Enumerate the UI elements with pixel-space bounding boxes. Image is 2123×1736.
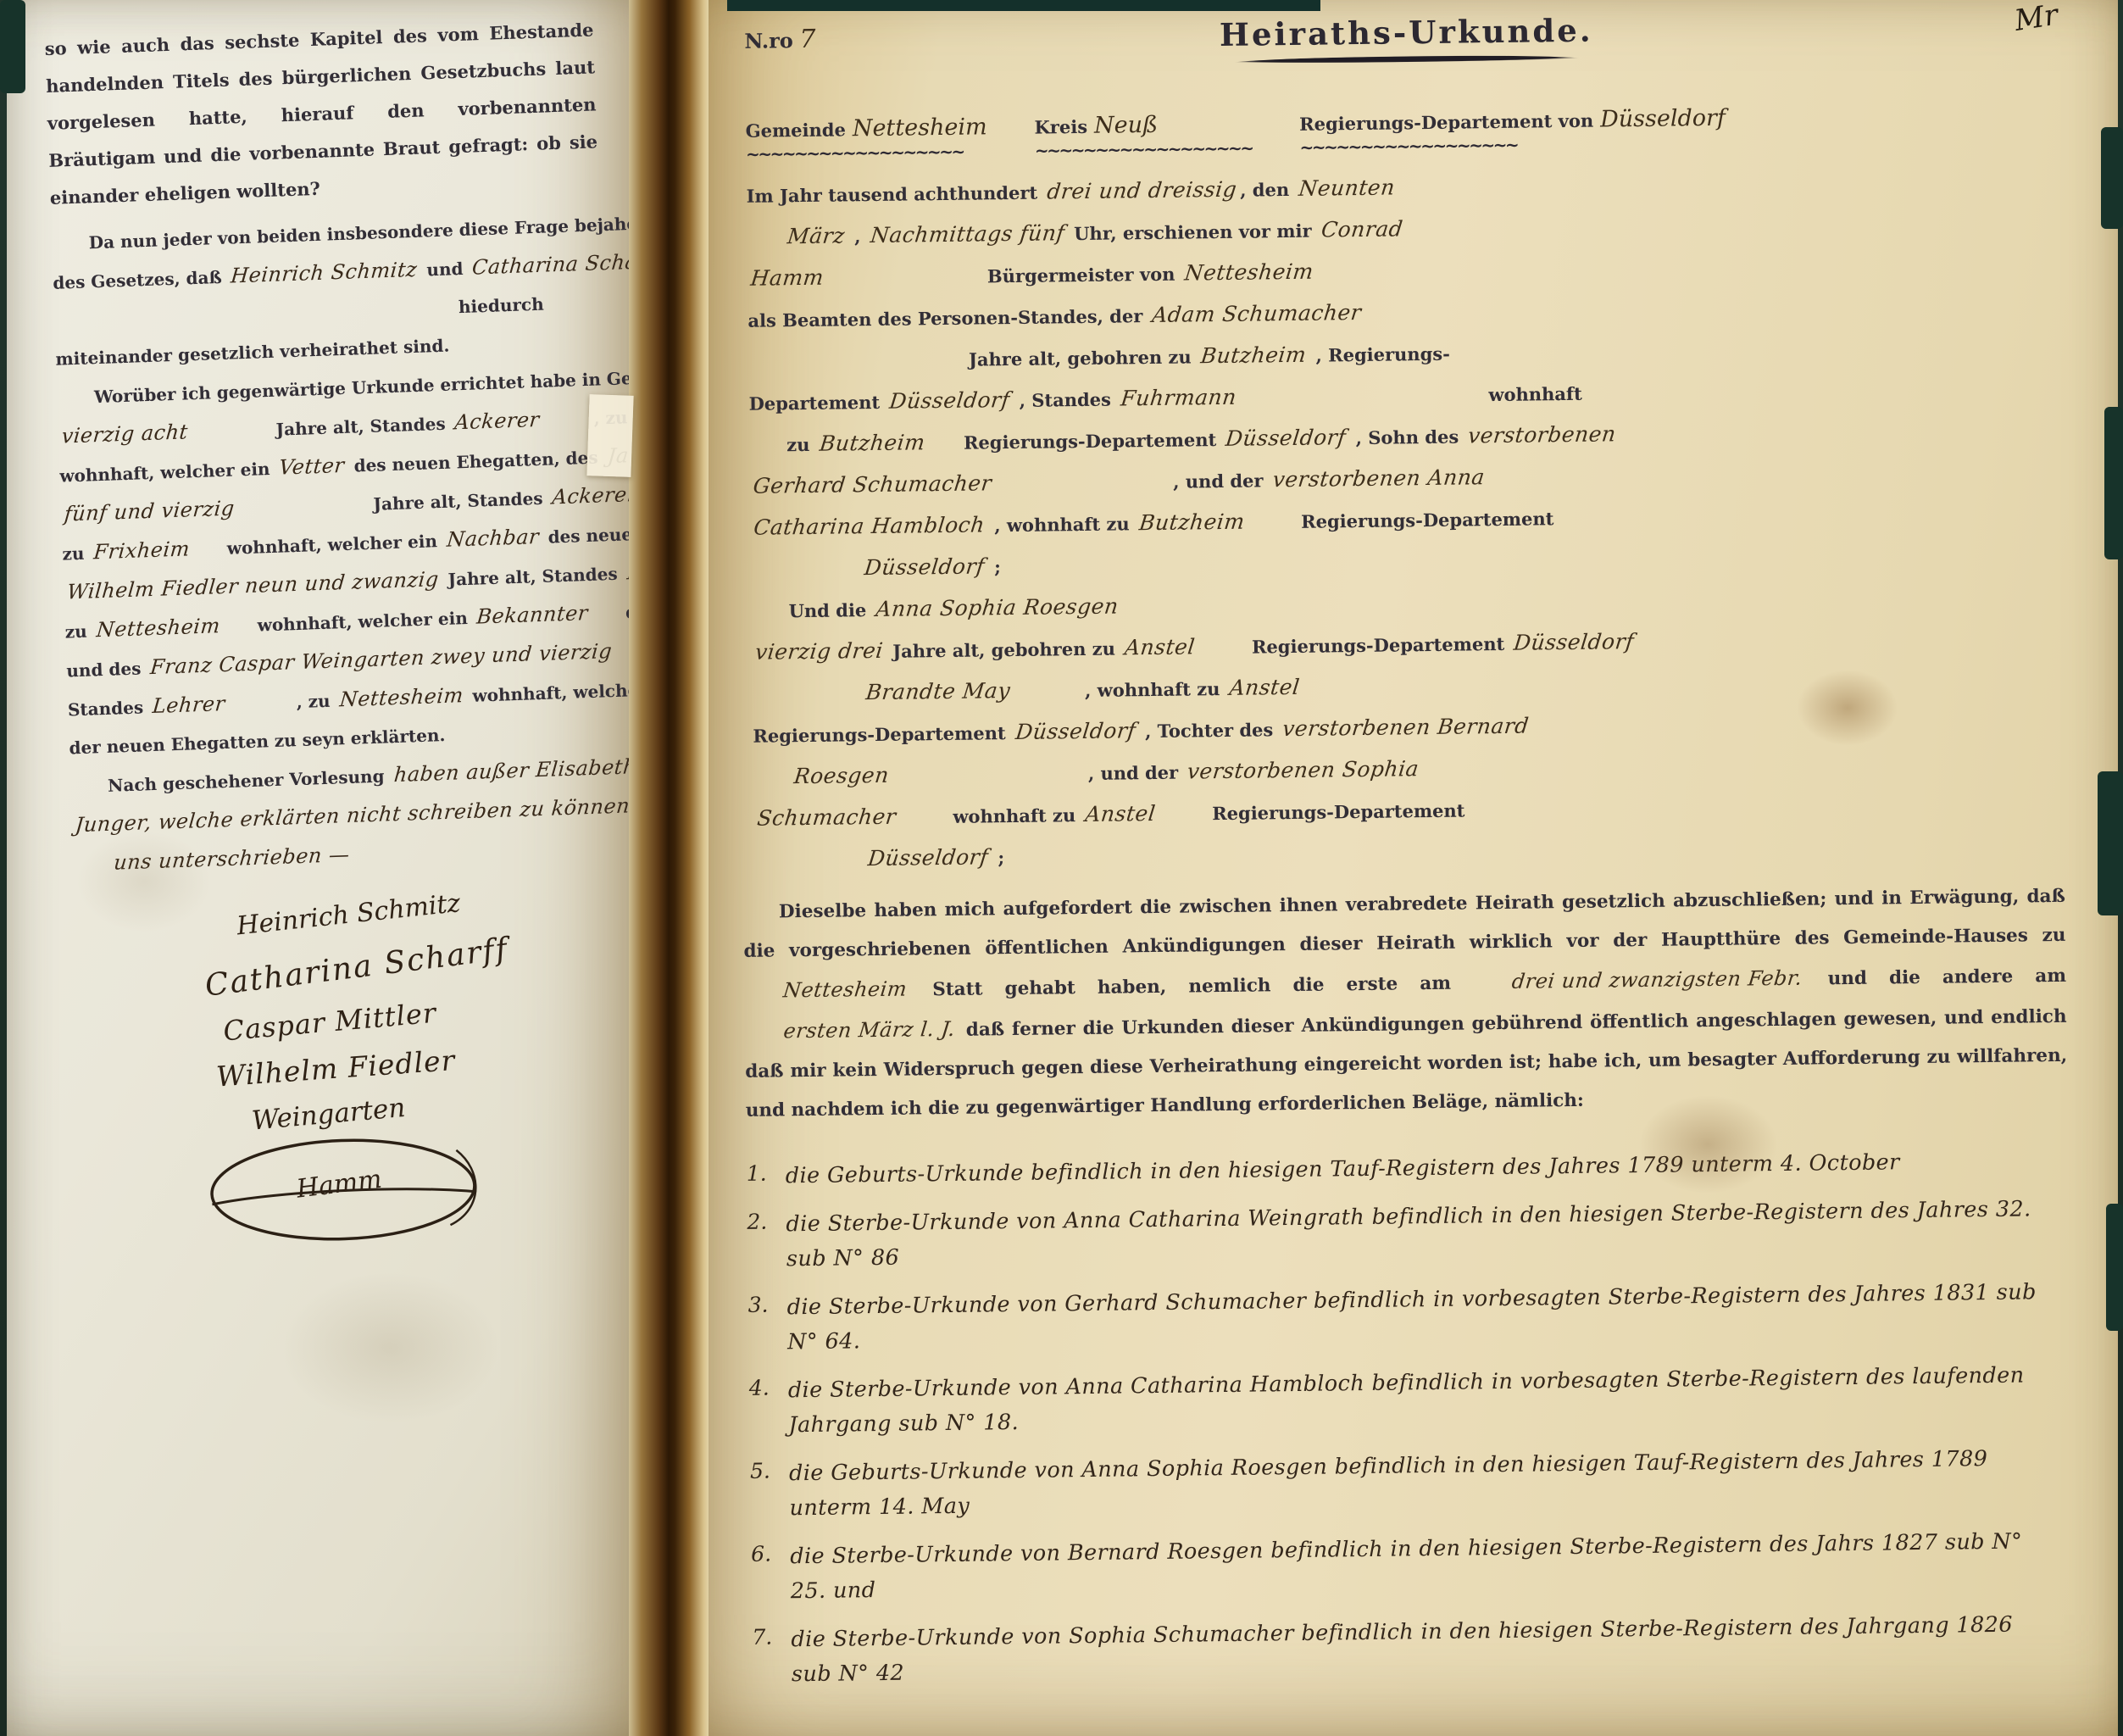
handwritten-text: Adam Schumacher [1147, 292, 1367, 335]
printed-text: des neuen Ehegatten, des [347, 447, 604, 476]
handwritten-text: Nettesheim [1179, 252, 1319, 293]
spacer [892, 780, 1088, 782]
certificate-header: N.ro 7 Heiraths-Urkunde. Mr [732, 0, 2081, 115]
spacer [928, 449, 964, 450]
handwritten-text: Düsseldorf [863, 837, 994, 878]
certificate-body: Im Jahr tausend achthundert drei und dre… [734, 159, 2090, 882]
printed-text: , Standes [1013, 388, 1117, 410]
item-number: 7. [752, 1622, 792, 1693]
field-value: Neuß [1087, 112, 1158, 139]
field-value: Nettesheim [846, 114, 987, 142]
printed-text: Nach geschehener Vorlesung [108, 765, 391, 796]
list-item: 4. die Sterbe-Urkunde von Anna Catharina… [749, 1358, 2055, 1444]
item-text: die Geburts-Urkunde von Anna Sophia Roes… [789, 1441, 2056, 1526]
paragraph: Dieselbe haben mich aufgefordert die zwi… [743, 877, 2068, 1131]
field-value: Düsseldorf [1593, 105, 1726, 133]
printed-text: ; [992, 847, 1004, 868]
handwritten-text: Ackerer [450, 401, 545, 442]
field-label: Regierungs-Departement von [1299, 110, 1593, 135]
printed-text: , und der [1088, 762, 1185, 784]
printed-text: Standes [68, 697, 150, 720]
printed-text: wohnhaft, welcher ein [226, 531, 443, 559]
handwritten-text: Nettesheim [742, 969, 913, 1010]
printed-text: Statt gehabt haben, nemlich die erste am [910, 972, 1473, 1000]
printed-text: Dieselbe haben mich aufgefordert die zwi… [743, 886, 2065, 962]
handwritten-text: Düsseldorf [1009, 710, 1141, 752]
printed-text: und [420, 259, 470, 281]
handwritten-text: März [782, 215, 851, 256]
handwritten-text: Düsseldorf [884, 380, 1015, 421]
handwritten-text: Vetter [274, 447, 349, 487]
handwritten-text: verstorbenen Anna [1267, 457, 1490, 499]
item-number: 2. [747, 1207, 786, 1277]
printed-text: miteinander gesetzlich verheirathet sind… [55, 336, 450, 370]
handwritten-text: Anstel [1080, 793, 1161, 834]
handwritten-text: Conrad [1315, 209, 1408, 249]
photo-background-edge [727, 0, 1320, 11]
handwritten-text: Heinrich Schmitz [226, 251, 423, 296]
item-text: die Sterbe-Urkunde von Anna Catharina Ha… [788, 1358, 2055, 1443]
item-number: 6. [751, 1539, 791, 1610]
handwritten-text: Butzheim [1195, 335, 1311, 376]
certificate-title: Heiraths-Urkunde. [732, 6, 2081, 70]
printed-text: , den [1240, 179, 1296, 201]
handwritten-text: Nachmittags fünf [864, 213, 1070, 255]
handwritten-text: Hamm [745, 258, 829, 298]
handwritten-text: Fuhrmann [1115, 377, 1242, 419]
printed-text: Regierungs-Departement [753, 722, 1012, 747]
handwritten-text: Gerhard Schumacher [747, 463, 998, 506]
printed-text: , wohnhaft zu [1085, 678, 1226, 701]
field-label: Kreis [1034, 116, 1087, 138]
handwritten-text: vierzig drei [750, 631, 889, 672]
squiggle-underline: ~~~~~~~~~~~~~~~~~~ [1035, 142, 1253, 159]
squiggle-underline: ~~~~~~~~~~~~~~~~~~ [1299, 136, 1726, 155]
spacer [1248, 528, 1301, 529]
printed-text: Und die [788, 599, 872, 621]
printed-text: zu [786, 434, 816, 455]
printed-text: Regierungs-Departement [1252, 633, 1511, 658]
item-text: die Sterbe-Urkunde von Gerhard Schumache… [786, 1275, 2054, 1360]
printed-text: wohnhaft, welcher ein [257, 608, 474, 636]
spacer [543, 425, 594, 426]
printed-text: wohnhaft, welcher ein [59, 459, 276, 487]
left-page-content: so wie auch das sechste Kapitel des vom … [44, 11, 636, 1265]
printed-text: Regierungs-Departement [1212, 800, 1464, 825]
handwritten-text: Brandte May [860, 670, 1015, 712]
page-title: Heiraths-Urkunde. [732, 6, 2080, 59]
spacer [229, 708, 297, 710]
handwritten-text: Schumacher [752, 797, 902, 838]
printed-text: Jahre alt, Standes [275, 414, 452, 440]
handwritten-text: Düsseldorf [1509, 621, 1640, 663]
spacer [1159, 820, 1212, 821]
right-page: N.ro 7 Heiraths-Urkunde. Mr GemeindeNett… [709, 0, 2118, 1736]
handwritten-text: verstorbenen Sophia [1182, 748, 1425, 792]
list-item: 6. die Sterbe-Urkunde von Bernard Roesge… [751, 1524, 2057, 1610]
printed-text: , [848, 225, 867, 247]
item-text: die Sterbe-Urkunde von Sophia Schumacher… [791, 1607, 2058, 1692]
handwritten-text: drei und dreissig [1042, 170, 1242, 212]
printed-text: Regierungs-Departement [964, 429, 1223, 453]
printed-text: des Gesetzes, daß [53, 267, 228, 293]
spacer [899, 823, 953, 824]
handwritten-text: Nettesheim [92, 607, 225, 650]
printed-text: der neuen Ehegatten zu seyn erklärten. [69, 725, 446, 758]
handwritten-text: Catharina Hambloch [748, 504, 991, 547]
handwritten-text: Roesgen [788, 755, 894, 797]
signature-flourish: Hamm [202, 1124, 486, 1260]
list-item: 2. die Sterbe-Urkunde von Anna Catharina… [747, 1192, 2053, 1277]
handwritten-text: vierzig acht [57, 413, 193, 456]
printed-text: , und der [1173, 470, 1270, 492]
printed-text: Bürgermeister von [987, 264, 1181, 287]
closing-paragraph: Dieselbe haben mich aufgefordert die zwi… [743, 877, 2068, 1131]
item-text: die Sterbe-Urkunde von Anna Catharina We… [786, 1192, 2053, 1277]
spacer [1014, 697, 1085, 698]
printed-text: ; [988, 556, 1001, 577]
list-item: 3. die Sterbe-Urkunde von Gerhard Schuma… [747, 1275, 2054, 1360]
left-page: so wie auch das sechste Kapitel des vom … [7, 0, 629, 1736]
printed-text: wohnhaft zu [953, 804, 1081, 827]
spacer [192, 436, 276, 438]
printed-text: Uhr, erschienen vor mir [1068, 220, 1318, 245]
handwritten-text: Wilhelm Fiedler [62, 567, 243, 611]
list-item: 5. die Geburts-Urkunde von Anna Sophia R… [750, 1441, 2056, 1527]
item-number: 4. [749, 1373, 789, 1444]
handwritten-text: fünf und vierzig [59, 489, 240, 533]
printed-text: Jahre alt, gebohren zu [886, 637, 1122, 661]
handwritten-text: Butzheim [1133, 502, 1249, 543]
printed-text: , zu [296, 690, 336, 712]
handwritten-text: Düsseldorf [859, 546, 990, 587]
printed-text: wohnhaft [1488, 383, 1582, 405]
paragraph-marriage-question: so wie auch das sechste Kapitel des vom … [44, 11, 599, 216]
printed-text: zu [64, 620, 93, 642]
handwritten-text: verstorbenen [1463, 414, 1622, 455]
handwritten-text: Nachbar [442, 518, 544, 559]
printed-text: zu [62, 542, 91, 564]
spacer [827, 282, 987, 284]
spacer [1198, 654, 1252, 654]
photo-background-edge [2104, 407, 2123, 559]
printed-text: als Beamten des Personen-Standes, der [747, 305, 1148, 331]
spacer [995, 488, 1173, 491]
printed-text: Departement [748, 392, 886, 415]
field-gemeinde: GemeindeNettesheim ~~~~~~~~~~~~~~~~~~ [745, 114, 987, 161]
corner-ink-mark: Mr [2012, 0, 2060, 38]
handwritten-text: neun und zwanzig [240, 560, 444, 605]
handwritten-text: Butzheim [814, 422, 930, 464]
item-text: die Geburts-Urkunde befindlich in den hi… [786, 1145, 1900, 1193]
tape-repair [586, 394, 633, 477]
item-text: die Sterbe-Urkunde von Bernard Roesgen b… [790, 1524, 2057, 1609]
document-list: 1. die Geburts-Urkunde befindlich in den… [747, 1143, 2059, 1693]
field-departement: Regierungs-Departement vonDüsseldorf ~~~… [1299, 105, 1726, 155]
item-number: 5. [750, 1456, 790, 1527]
signature-block: Heinrich Schmitz Catharina Scharff Caspa… [75, 890, 561, 1265]
list-item: 7. die Sterbe-Urkunde von Sophia Schumac… [752, 1607, 2058, 1693]
list-item: 1. die Geburts-Urkunde befindlich in den… [747, 1143, 2052, 1194]
photo-background-edge [2101, 127, 2123, 229]
photo-background-edge [2106, 1204, 2123, 1331]
printed-text: und des [66, 658, 147, 681]
handwritten-text: uns unterschrieben — [108, 836, 354, 882]
squiggle-underline: ~~~~~~~~~~~~~~~~~~ [746, 145, 987, 161]
register-book-photo: so wie auch das sechste Kapitel des vom … [0, 0, 2123, 1736]
spacer [224, 632, 258, 632]
printed-text: Jahre alt, Standes [442, 564, 624, 590]
handwritten-text: Frixheim [88, 530, 194, 571]
item-number: 1. [747, 1159, 786, 1194]
handwritten-text: Neunten [1293, 167, 1401, 209]
handwritten-text: ersten März l. J. [742, 1010, 960, 1051]
printed-text: Jahre alt, gebohren zu [969, 346, 1198, 370]
printed-text: so wie auch das sechste Kapitel des vom … [44, 19, 597, 208]
printed-text: Im Jahr tausend achthundert [746, 182, 1043, 207]
printed-text: , wohnhaft zu [988, 513, 1136, 536]
printed-text: Regierungs-Departement [1301, 508, 1553, 532]
handwritten-text: drei und zwanzigsten Febr. [1471, 959, 1809, 1002]
book-gutter [629, 0, 709, 1736]
handwritten-text: Lehrer [147, 685, 231, 726]
printed-text: , Sohn des [1349, 426, 1464, 448]
handwritten-text: Ackerer [547, 476, 642, 517]
item-number: 3. [747, 1290, 787, 1360]
handwritten-text: Nettesheim [334, 676, 468, 720]
spacer [1240, 401, 1489, 404]
spacer [592, 618, 625, 619]
handwritten-text: Anstel [1224, 667, 1305, 708]
handwritten-text: verstorbenen Bernard [1277, 705, 1535, 748]
field-kreis: KreisNeuß ~~~~~~~~~~~~~~~~~~ [1034, 111, 1252, 159]
field-label: Gemeinde [746, 119, 846, 141]
printed-text: , Tochter des [1139, 719, 1280, 742]
right-page-content: N.ro 7 Heiraths-Urkunde. Mr GemeindeNett… [732, 0, 2100, 1706]
spacer [193, 554, 227, 555]
spacer [238, 510, 374, 515]
photo-background-edge [2098, 771, 2123, 915]
handwritten-text: Anstel [1120, 626, 1201, 667]
photo-background-edge [0, 0, 25, 93]
handwritten-text: Anna Sophia Roesgen [870, 586, 1124, 629]
printed-text: hiedurch [459, 294, 544, 317]
handwritten-text: Düsseldorf [1220, 417, 1352, 459]
printed-text: , Regierungs- [1309, 343, 1450, 366]
printed-text: und die andere am [1805, 965, 2066, 990]
printed-text: Jahre alt, Standes [373, 488, 549, 515]
handwritten-text: Bekannter [472, 594, 593, 637]
title-underline [1229, 54, 1585, 64]
